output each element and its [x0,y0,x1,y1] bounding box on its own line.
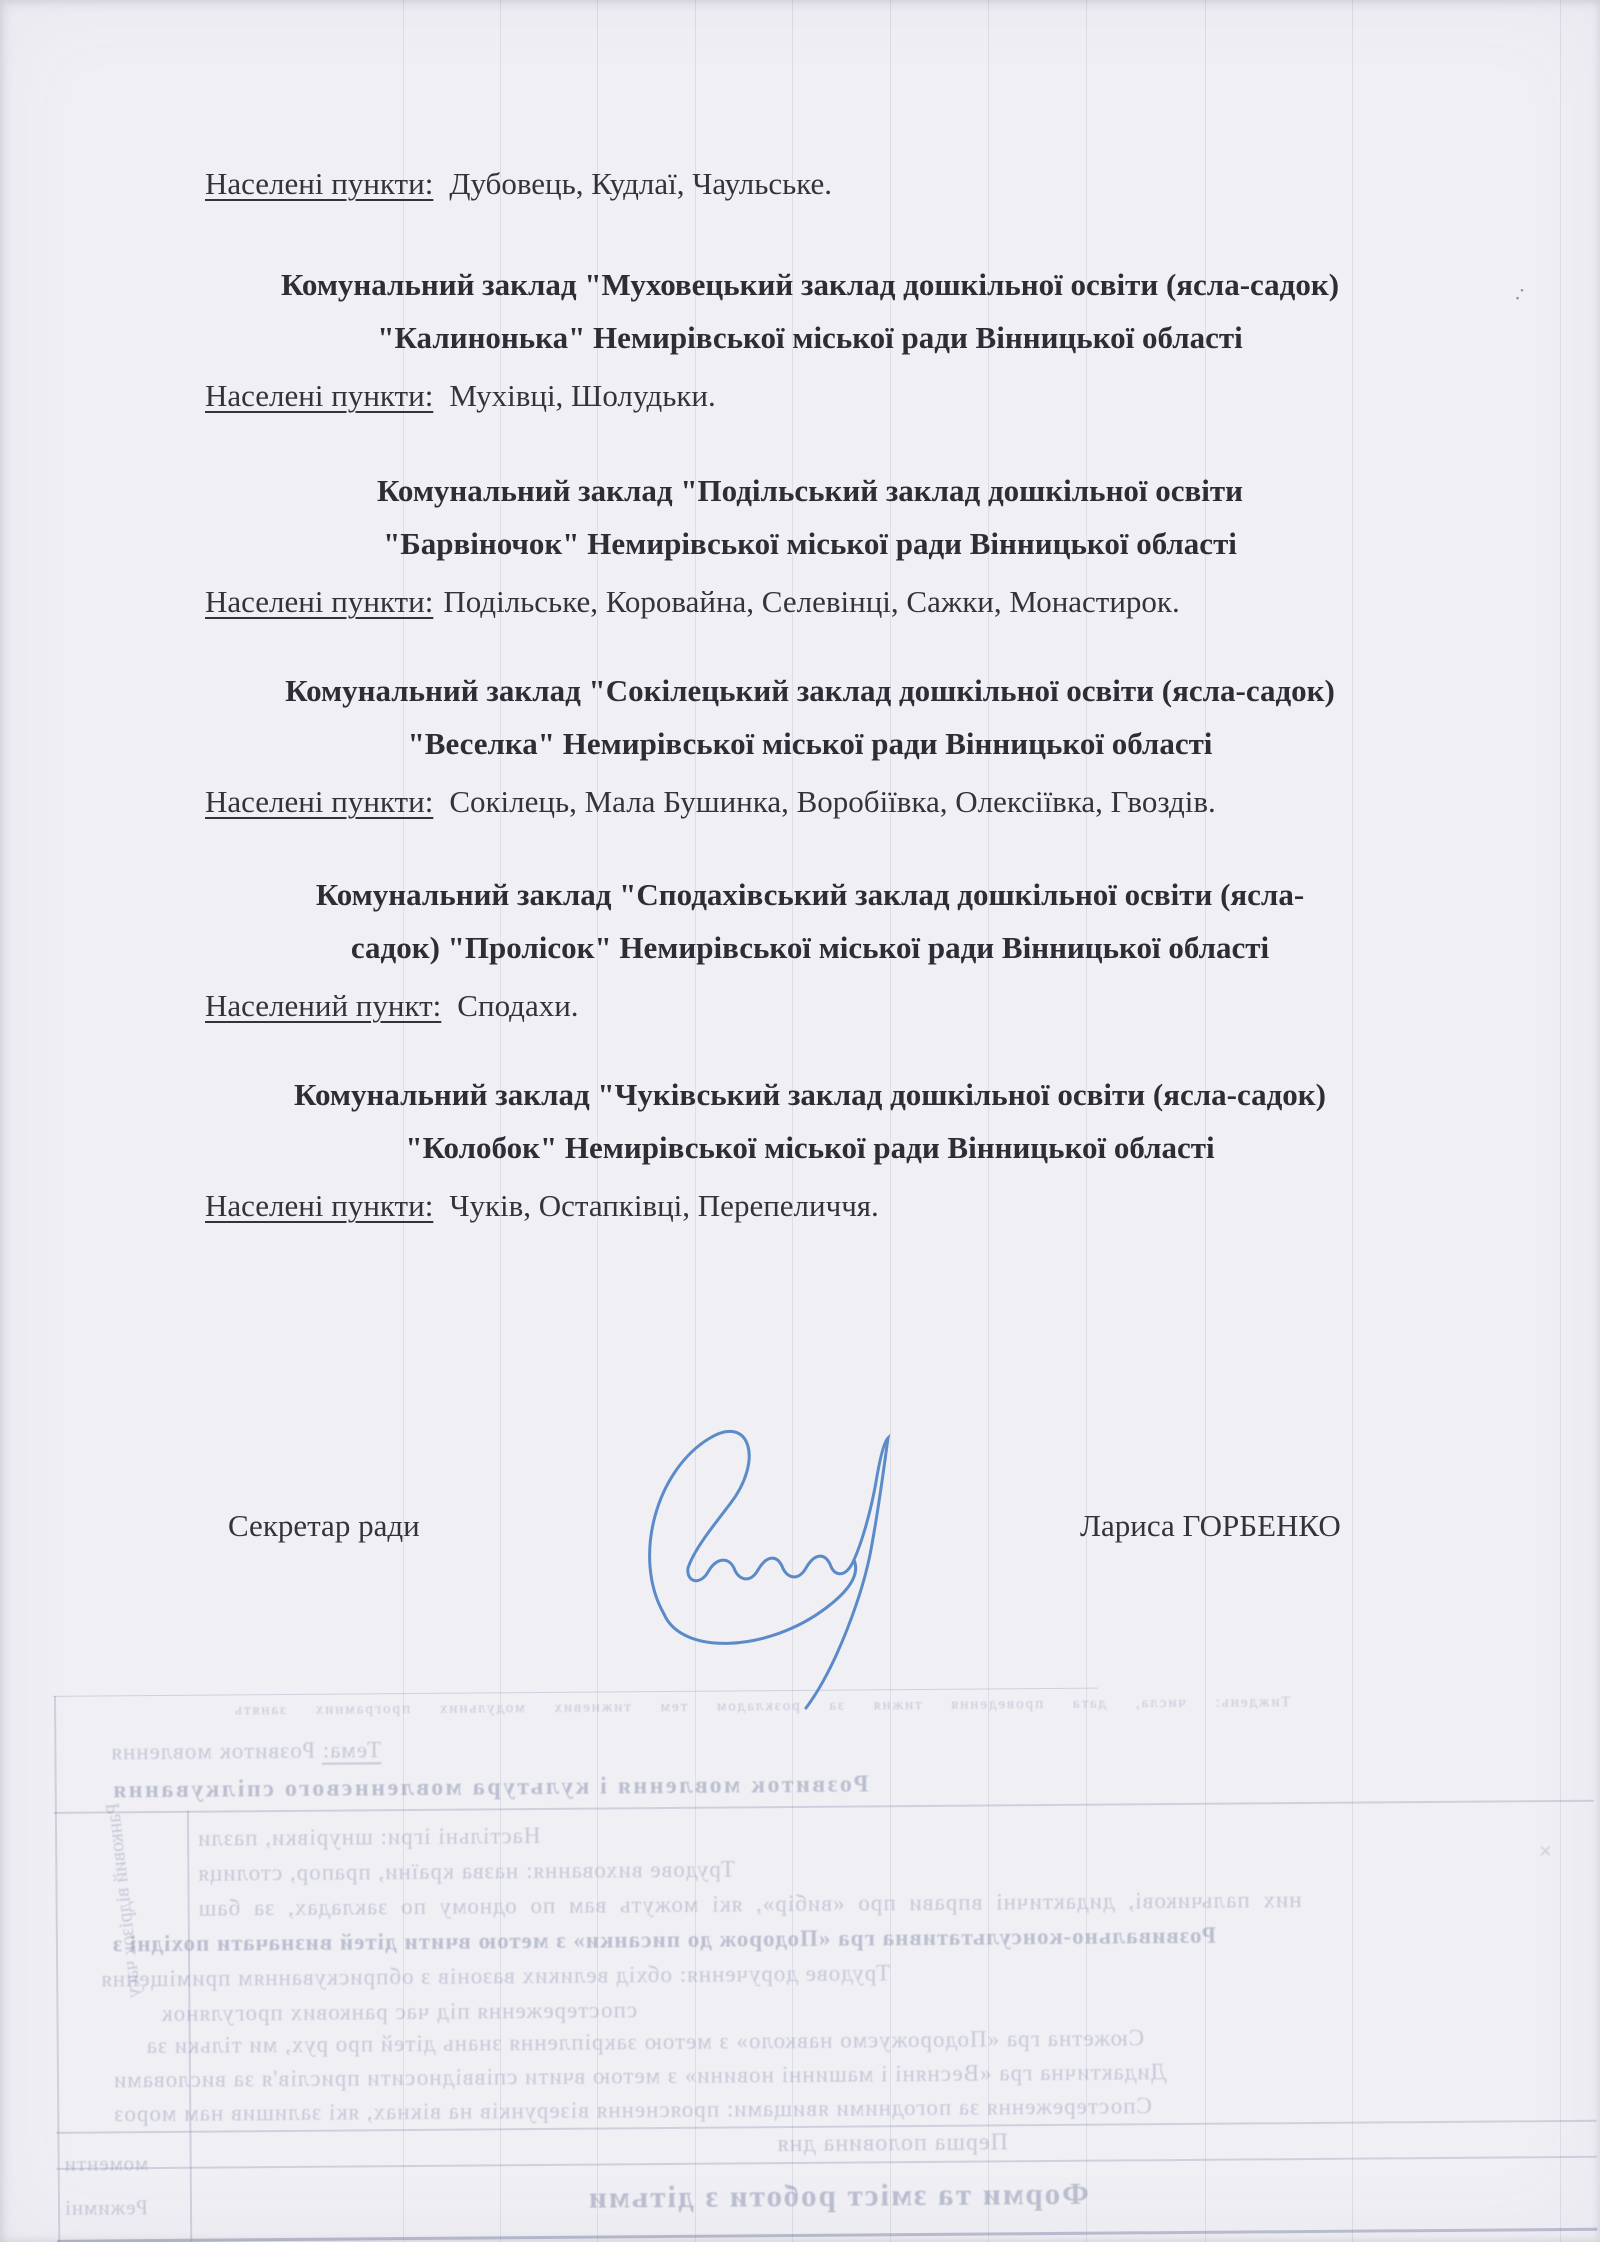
settlements-label: Населені пункти: [205,166,433,201]
settlements-value: Чуків, Остапківці, Перепеличчя. [449,1188,879,1223]
section-title-line1: Комунальний заклад "Подільський заклад д… [100,464,1520,517]
section-title-line1: Комунальний заклад "Муховецький заклад д… [100,258,1520,311]
section-title-line1: Комунальний заклад "Сокілецький заклад д… [100,664,1520,717]
settlements-value: Сподахи. [457,988,578,1023]
section-title: Комунальний заклад "Чуківський заклад до… [100,1068,1520,1174]
section-title: Комунальний заклад "Муховецький заклад д… [100,258,1520,364]
settlements-line: Населені пункти:Чуків, Остапківці, Переп… [205,1188,879,1224]
settlements-line: Населені пункти:Подільське, Коровайна, С… [205,584,1180,620]
section-title-line2: "Калинонька" Немирівської міської ради В… [100,311,1520,364]
settlements-label: Населені пункти: [205,1188,433,1223]
section-title: Комунальний заклад "Подільський заклад д… [100,464,1520,570]
section-title-line1: Комунальний заклад "Чуківський заклад до… [100,1068,1520,1121]
section-title-line2: "Веселка" Немирівської міської ради Вінн… [100,717,1520,770]
settlements-line: Населені пункти:Мухівці, Шолудьки. [205,378,716,414]
paper-sheet: Тиждень: числа, дата проведення тижня за… [0,0,1600,2242]
settlements-line: Населені пункти:Сокілець, Мала Бушинка, … [205,784,1216,820]
settlements-label: Населені пункти: [205,784,433,819]
section-title-line2: "Барвіночок" Немирівської міської ради В… [100,517,1520,570]
signature-role: Секретар ради [228,1508,420,1544]
section-title: Комунальний заклад "Сподахівський заклад… [100,868,1520,974]
section-title-line2: садок) "Пролісок" Немирівської міської р… [100,921,1520,974]
settlements-value: Подільське, Коровайна, Селевінці, Сажки,… [443,584,1179,619]
intro-settlements-line: Населені пункти:Дубовець, Кудлаї, Чаульс… [205,166,832,202]
settlements-label: Населені пункти: [205,378,433,413]
handwritten-signature [598,1408,898,1728]
section-title-line2: "Колобок" Немирівської міської ради Вінн… [100,1121,1520,1174]
settlements-value: Сокілець, Мала Бушинка, Воробіївка, Олек… [449,784,1215,819]
scanned-document-page: { "colors": { "page_bg": "#f0eff4", "ink… [0,0,1600,2242]
settlements-value: Дубовець, Кудлаї, Чаульське. [449,166,832,201]
section-title: Комунальний заклад "Сокілецький заклад д… [100,664,1520,770]
settlements-label: Населений пункт: [205,988,441,1023]
signature-name: Лариса ГОРБЕНКО [1080,1508,1341,1544]
settlements-line: Населений пункт:Сподахи. [205,988,579,1024]
settlements-value: Мухівці, Шолудьки. [449,378,715,413]
document-content: Населені пункти:Дубовець, Кудлаї, Чаульс… [0,0,1600,2242]
settlements-label: Населені пункти: [205,584,433,619]
section-title-line1: Комунальний заклад "Сподахівський заклад… [100,868,1520,921]
